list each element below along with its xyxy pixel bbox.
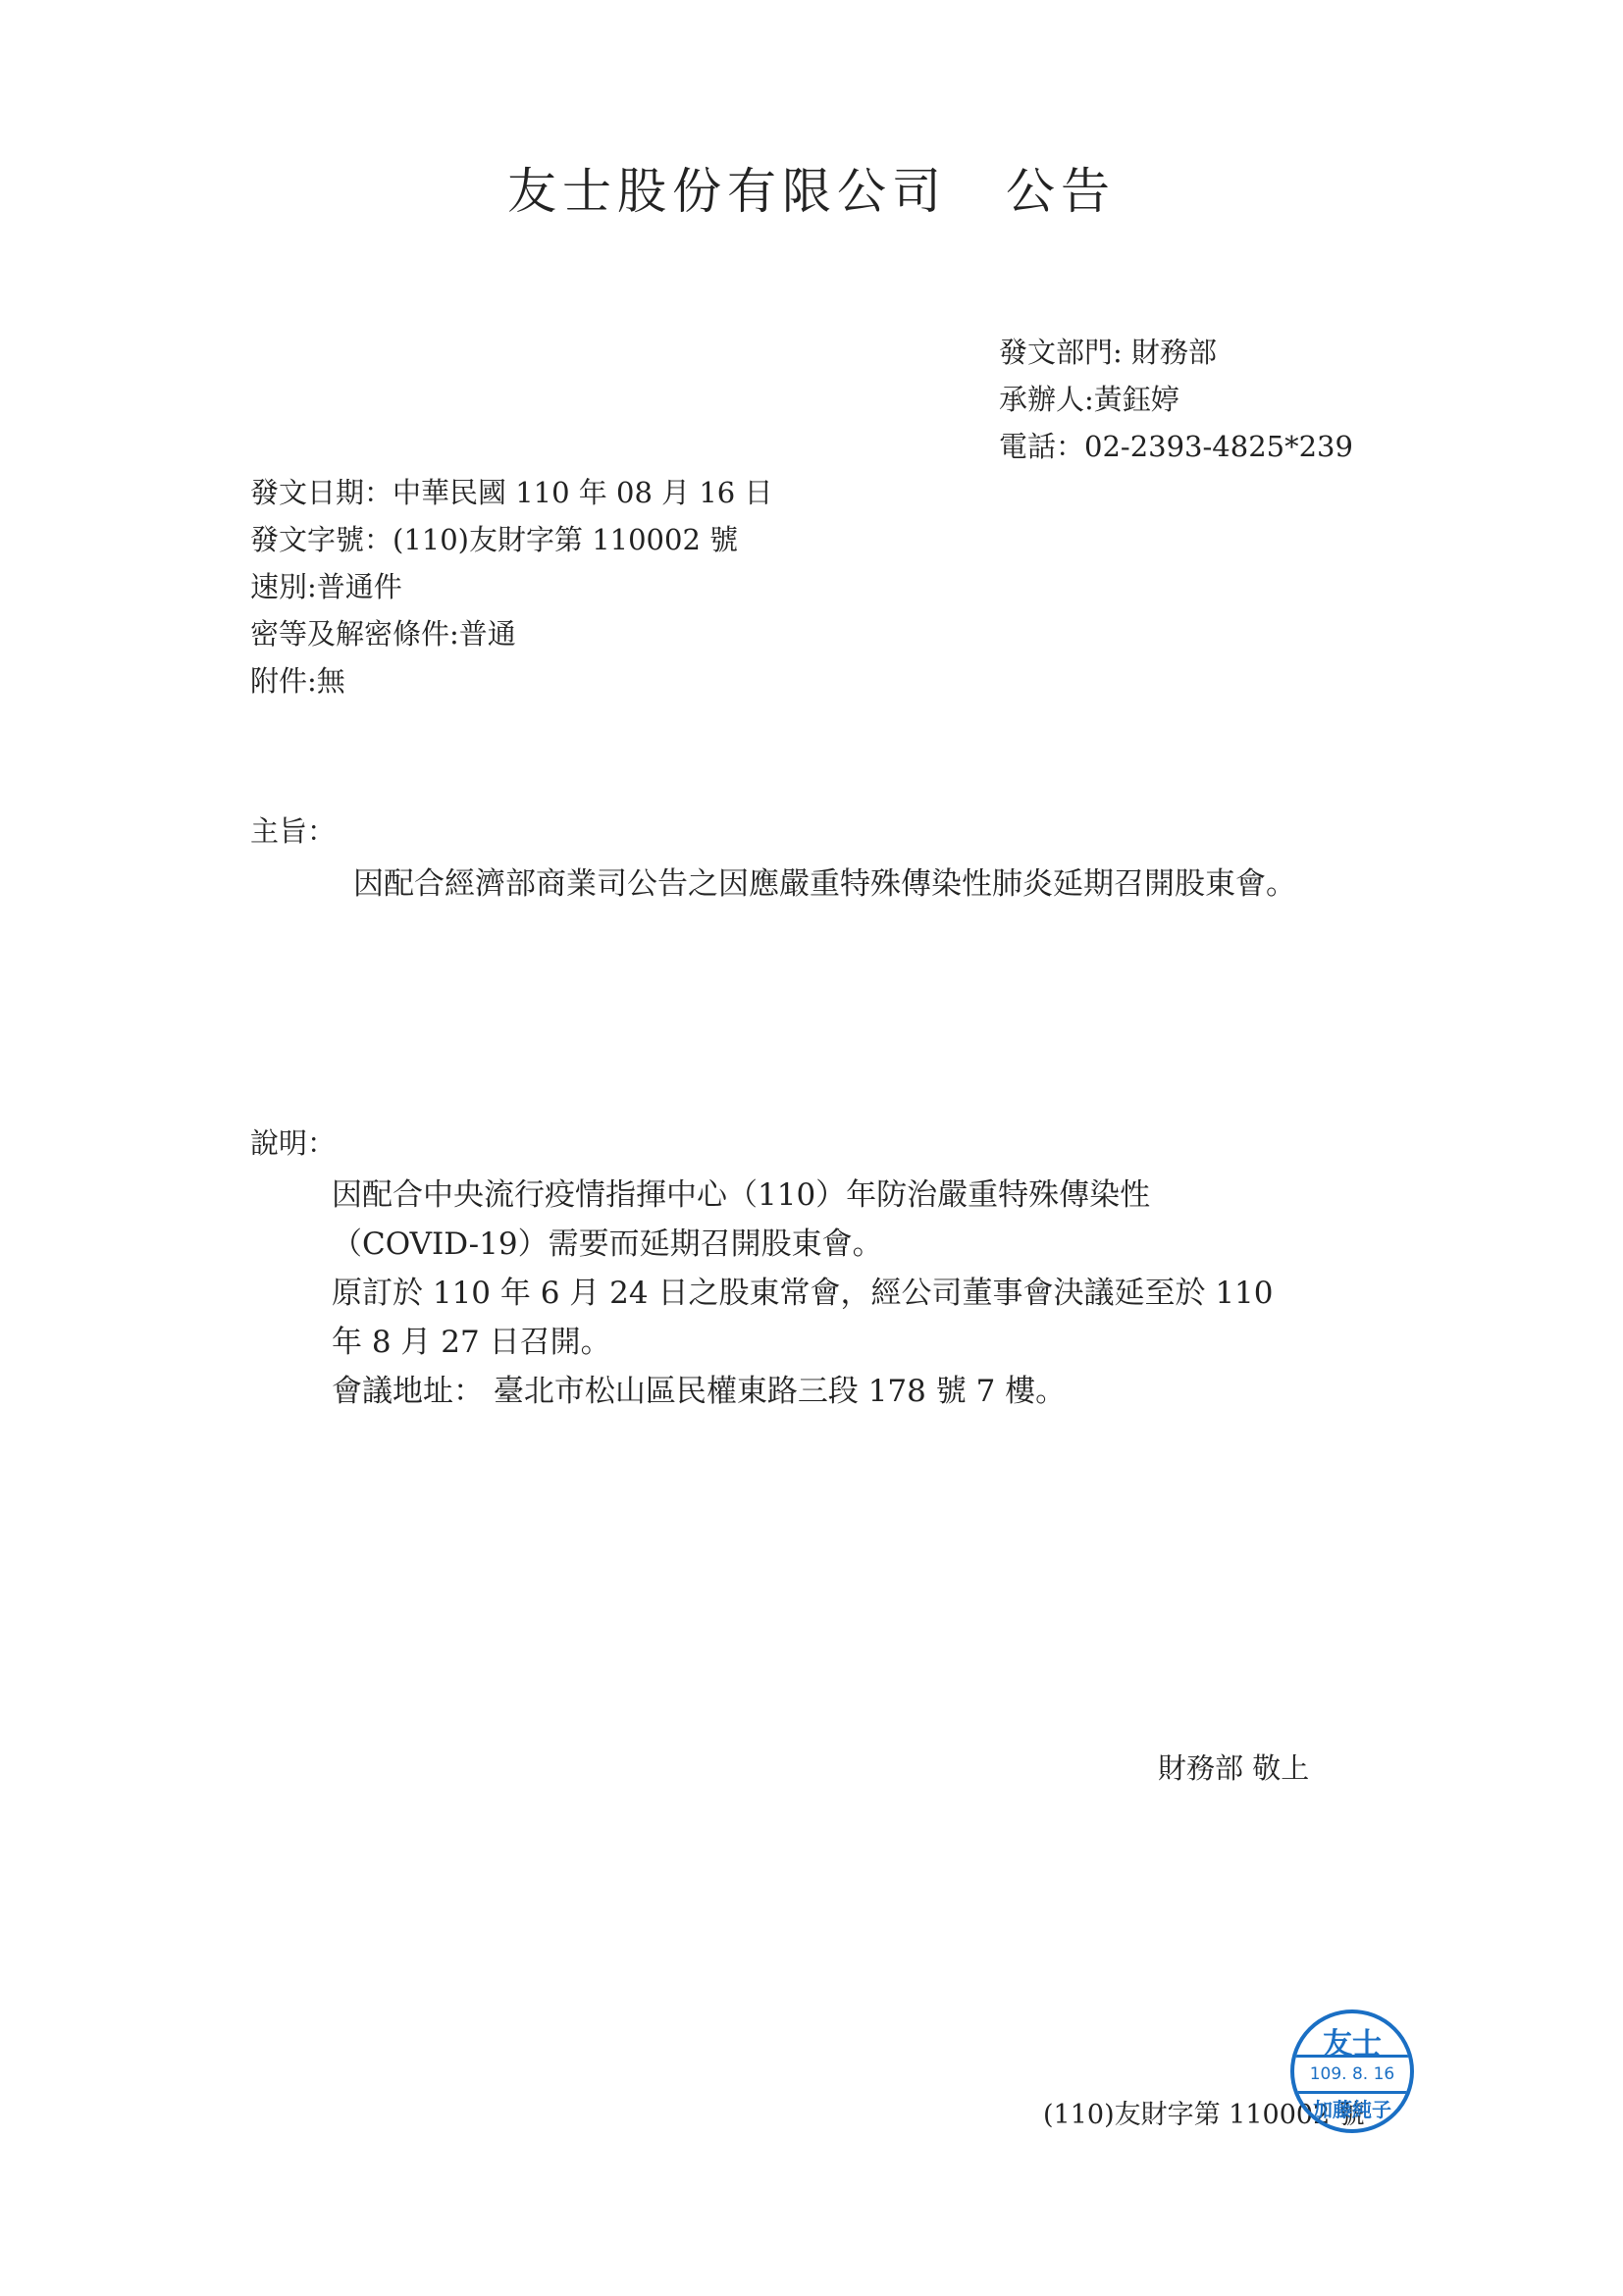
attachment: 附件:無	[250, 657, 772, 704]
page-title: 友士股份有限公司公告	[0, 152, 1623, 223]
phone: 電話：02-2393-4825*239	[999, 423, 1353, 470]
explanation-line: 年 8 月 27 日召開。	[332, 1318, 1273, 1367]
company-seal-stamp: 友士 109. 8. 16 加藤純子	[1290, 2009, 1414, 2133]
handler: 承辦人:黃鈺婷	[999, 376, 1353, 423]
explanation-label: 說明：	[250, 1122, 336, 1162]
document-type: 公告	[1006, 163, 1116, 220]
document-number: 發文字號：(110)友財字第 110002 號	[250, 516, 772, 563]
explanation-line: 會議地址： 臺北市松山區民權東路三段 178 號 7 樓。	[332, 1367, 1273, 1416]
company-name: 友士股份有限公司	[507, 163, 947, 220]
document-metadata: 發文日期：中華民國 110 年 08 月 16 日 發文字號：(110)友財字第…	[250, 469, 772, 704]
subject-label: 主旨：	[250, 809, 336, 850]
stamp-date: 109. 8. 16	[1294, 2055, 1410, 2094]
explanation-line: （COVID-19）需要而延期召開股東會。	[332, 1220, 1273, 1269]
signature: 財務部 敬上	[1158, 1747, 1309, 1787]
stamp-name: 加藤純子	[1294, 2094, 1410, 2122]
explanation-line: 原訂於 110 年 6 月 24 日之股東常會，經公司董事會決議延至於 110	[332, 1269, 1273, 1318]
explanation-line: 因配合中央流行疫情指揮中心（110）年防治嚴重特殊傳染性	[332, 1171, 1273, 1220]
subject-text: 因配合經濟部商業司公告之因應嚴重特殊傳染性肺炎延期召開股東會。	[353, 860, 1344, 909]
explanation-body: 因配合中央流行疫情指揮中心（110）年防治嚴重特殊傳染性 （COVID-19）需…	[332, 1171, 1273, 1416]
issuing-department: 發文部門: 財務部	[999, 329, 1353, 376]
confidentiality: 密等及解密條件:普通	[250, 610, 772, 657]
issue-date: 發文日期：中華民國 110 年 08 月 16 日	[250, 469, 772, 516]
speed-class: 速別:普通件	[250, 563, 772, 610]
issuer-info: 發文部門: 財務部 承辦人:黃鈺婷 電話：02-2393-4825*239	[999, 329, 1353, 470]
